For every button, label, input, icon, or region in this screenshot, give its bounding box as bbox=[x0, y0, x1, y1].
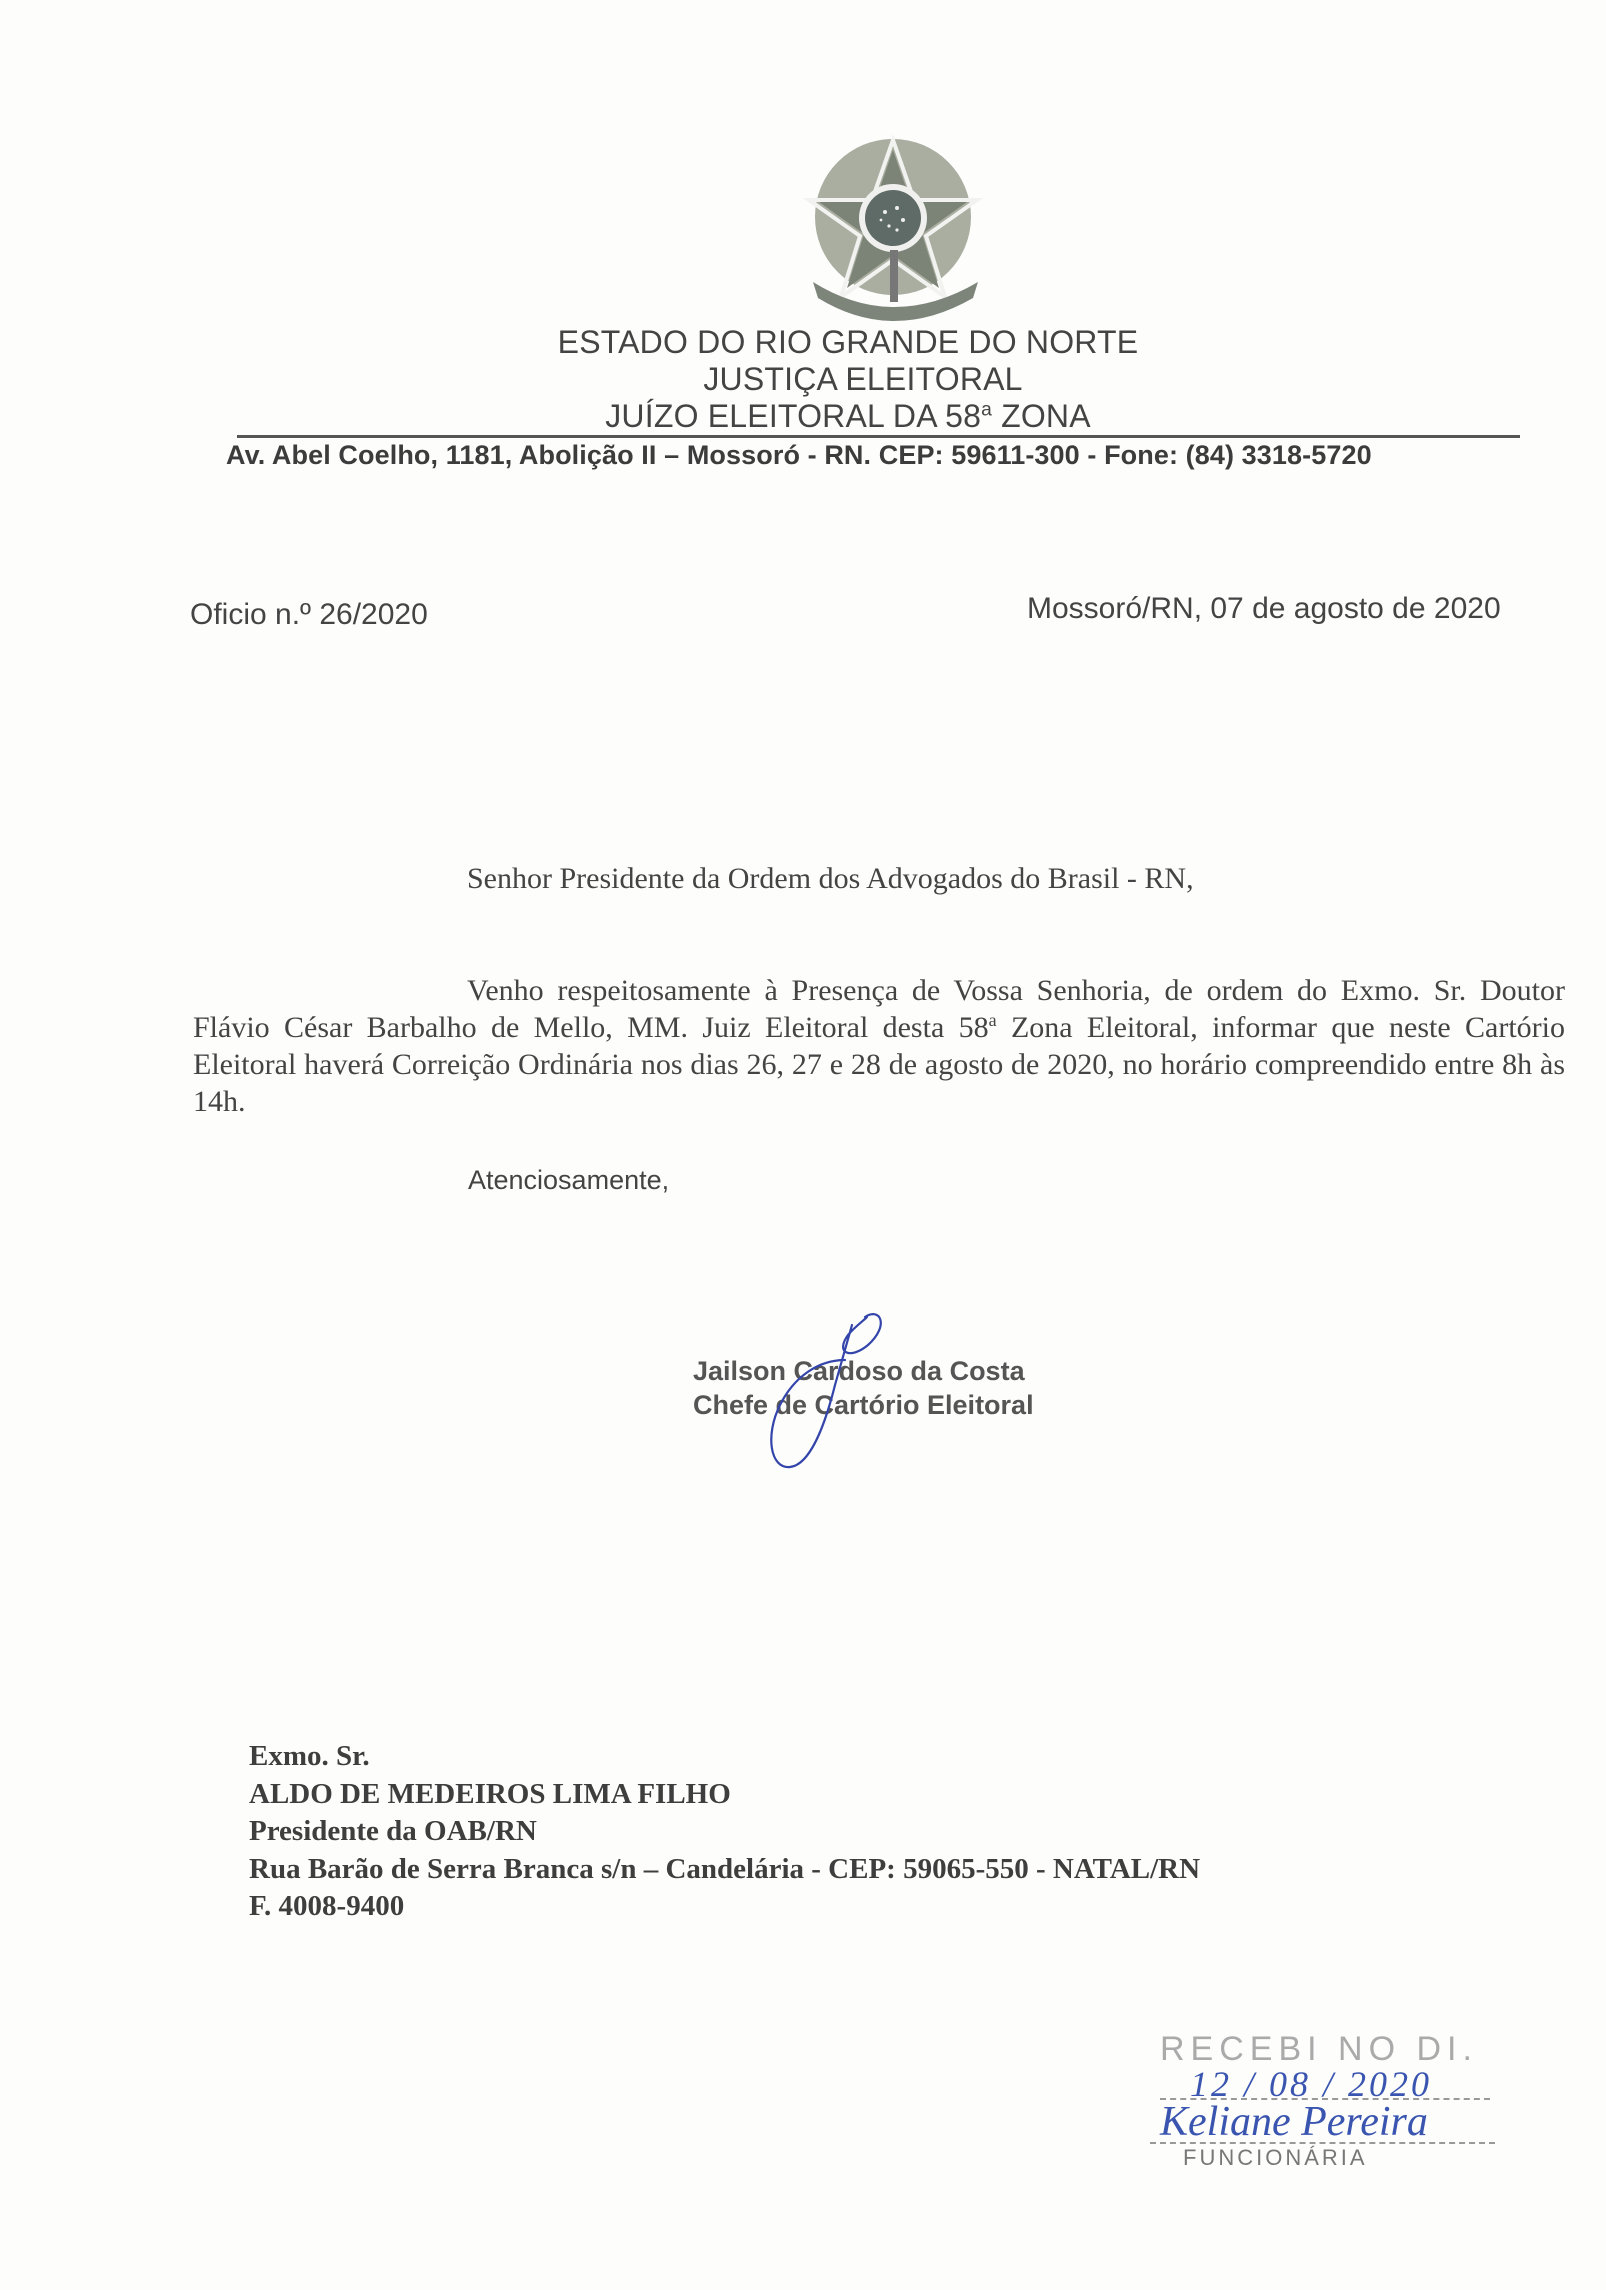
recipient-name: ALDO DE MEDEIROS LIMA FILHO bbox=[249, 1776, 1200, 1814]
place-date: Mossoró/RN, 07 de agosto de 2020 bbox=[1027, 592, 1501, 626]
letterhead-divider bbox=[237, 435, 1520, 438]
salutation: Senhor Presidente da Ordem dos Advogados… bbox=[467, 862, 1194, 896]
body-paragraph: Venho respeitosamente à Presença de Voss… bbox=[193, 972, 1565, 1120]
zone-prefix: JUÍZO ELEITORAL DA 58 bbox=[605, 398, 981, 434]
coat-of-arms-icon bbox=[793, 132, 998, 328]
oficio-number: Oficio n.º 26/2020 bbox=[190, 598, 428, 632]
stamp-line bbox=[1150, 2142, 1495, 2144]
ordinal-sup: a bbox=[989, 1010, 997, 1030]
handwritten-signature-icon bbox=[740, 1305, 910, 1475]
receipt-signature: Keliane Pereira bbox=[1160, 2098, 1428, 2146]
receipt-role: FUNCIONÁRIA bbox=[1183, 2145, 1368, 2171]
recipient-title: Exmo. Sr. bbox=[249, 1738, 1200, 1776]
ordinal-sup: a bbox=[981, 399, 992, 420]
recipient-block: Exmo. Sr. ALDO DE MEDEIROS LIMA FILHO Pr… bbox=[249, 1738, 1200, 1926]
letterhead-court: JUSTIÇA ELEITORAL bbox=[0, 361, 1606, 398]
recipient-phone: F. 4008-9400 bbox=[249, 1888, 1200, 1926]
letterhead-state: ESTADO DO RIO GRANDE DO NORTE bbox=[0, 324, 1606, 361]
letterhead-address: Av. Abel Coelho, 1181, Abolição II – Mos… bbox=[226, 440, 1372, 471]
letterhead-zone: JUÍZO ELEITORAL DA 58a ZONA bbox=[0, 398, 1606, 435]
recipient-address: Rua Barão de Serra Branca s/n – Candelár… bbox=[249, 1851, 1200, 1889]
zone-suffix: ZONA bbox=[992, 398, 1091, 434]
closing: Atenciosamente, bbox=[468, 1165, 669, 1196]
recipient-position: Presidente da OAB/RN bbox=[249, 1813, 1200, 1851]
